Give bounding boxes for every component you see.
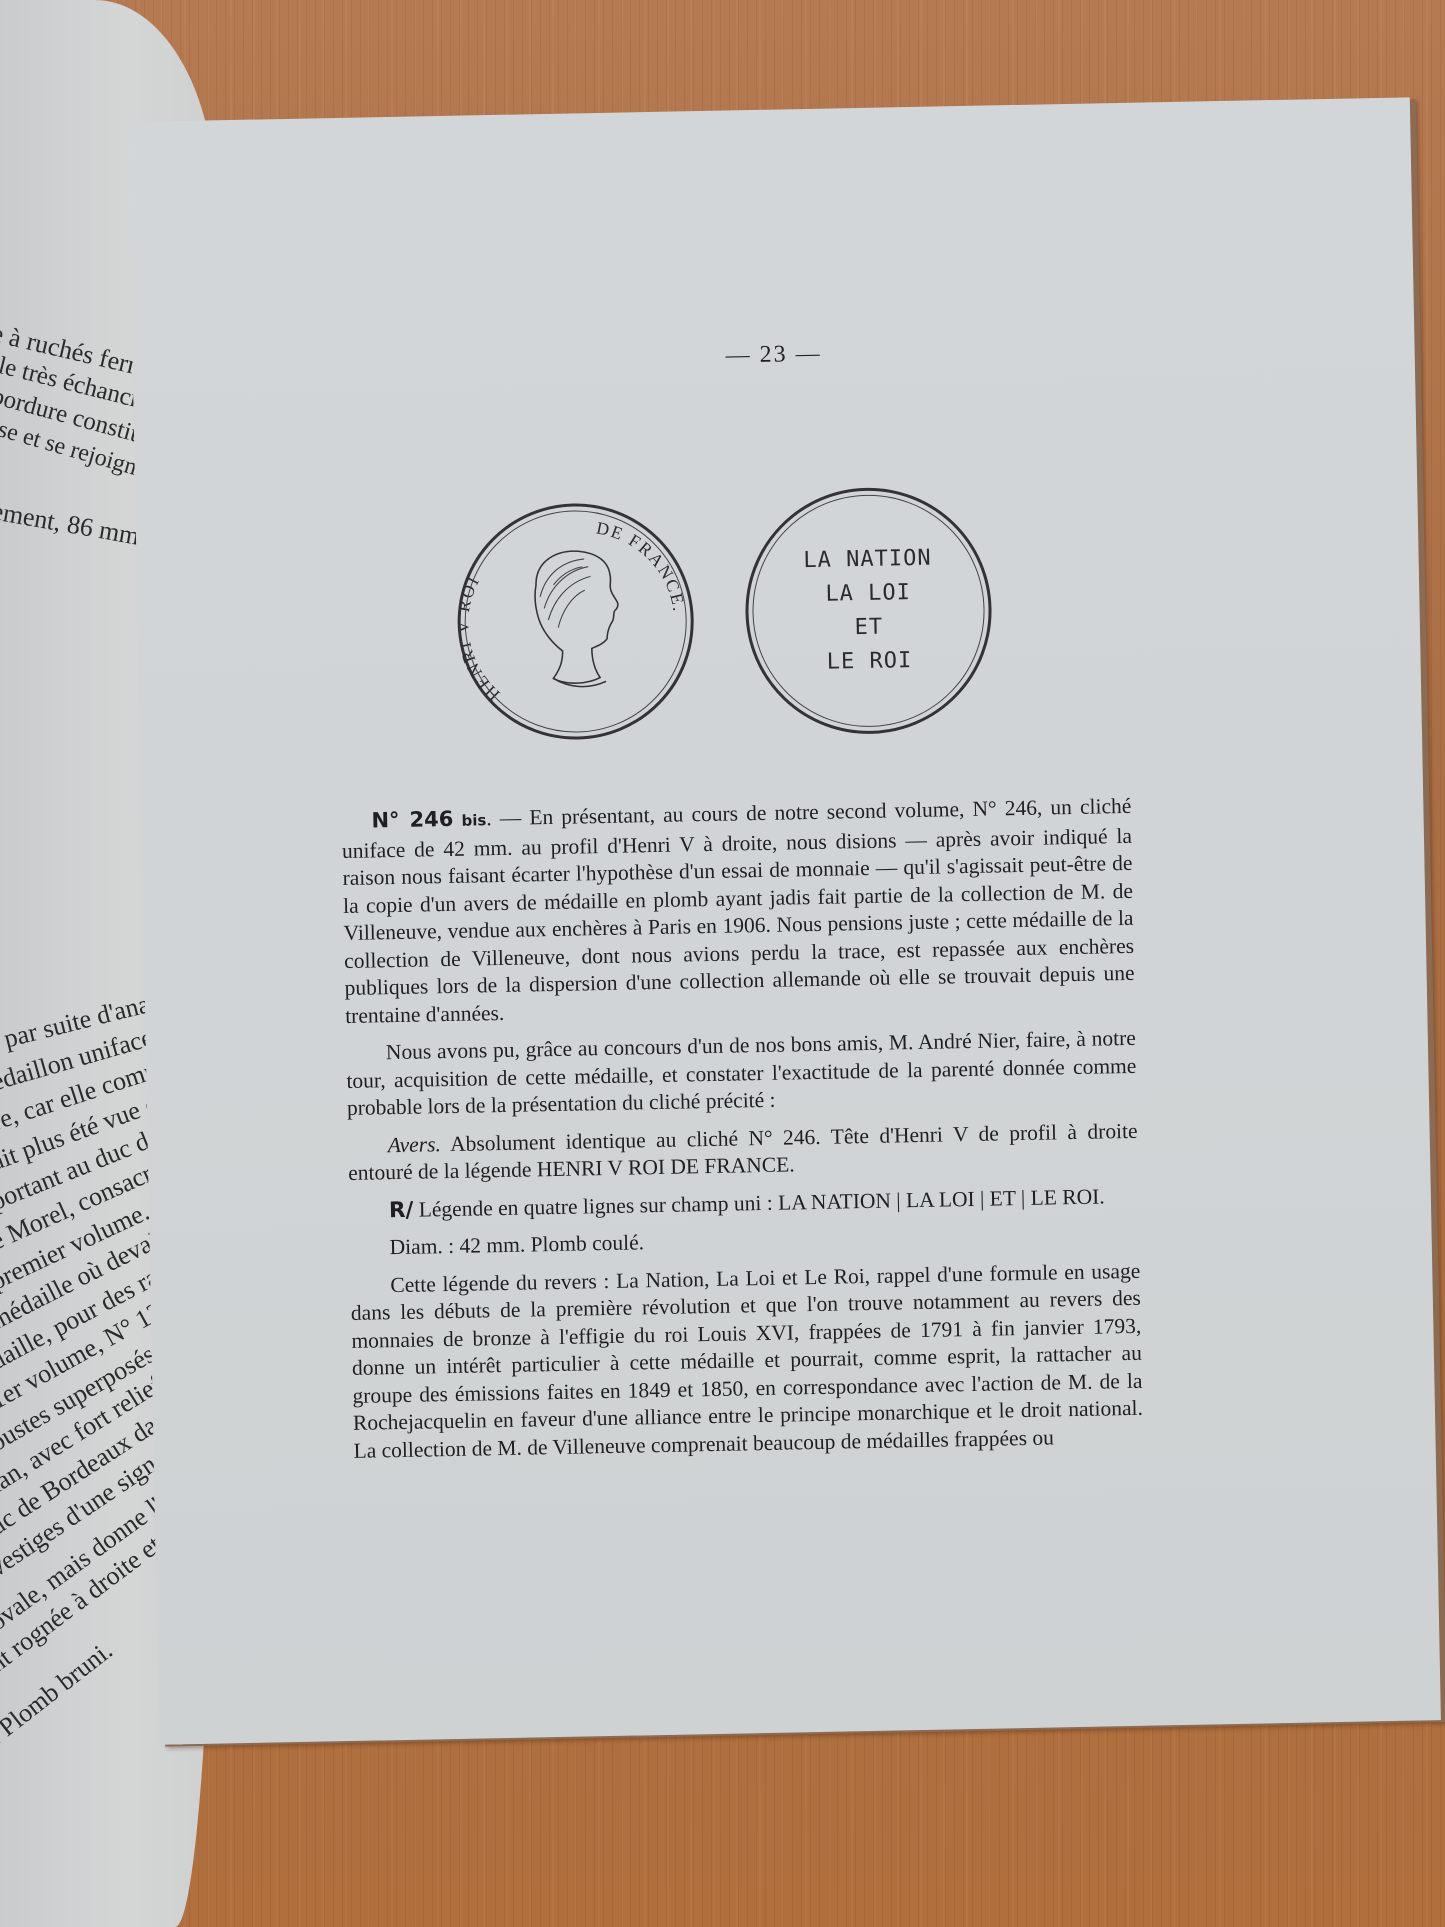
- reverse-legend-line: LA NATION: [803, 542, 932, 578]
- reverse-legend-line: LE ROI: [826, 644, 912, 680]
- left-page-line: ement, 86 mm.: [0, 496, 148, 553]
- avers-text: Absolument identique au cliché N° 246. T…: [348, 1118, 1138, 1185]
- entry-paragraph-legend-commentary: Cette légende du revers : La Nation, La …: [350, 1257, 1144, 1465]
- svg-text:DE FRANCE.: DE FRANCE.: [594, 516, 689, 616]
- entry-number: N° 246: [371, 807, 453, 833]
- revers-label: R/: [389, 1197, 414, 1222]
- reverse-legend: LA NATION LA LOI ET LE ROI: [746, 489, 991, 734]
- henri-v-profile-icon: HENRI V ROI DE FRANCE.: [458, 504, 692, 738]
- reverse-legend-line: LA LOI: [825, 576, 911, 612]
- avers-label: Avers.: [387, 1132, 441, 1157]
- entry-avers: Avers. Absolument identique au cliché N°…: [347, 1117, 1138, 1187]
- svg-text:HENRI V ROI: HENRI V ROI: [458, 571, 503, 706]
- page-number: — 23 —: [132, 329, 1414, 381]
- reverse-legend-line: ET: [854, 611, 883, 646]
- entry-bis-label: bis: [461, 811, 486, 829]
- entry-paragraph-intro: N° 246 bis. — En présentant, au cours de…: [341, 793, 1135, 1030]
- medal-obverse-henri-v: HENRI V ROI DE FRANCE.: [455, 501, 695, 741]
- entry-revers: R/ Légende en quatre lignes sur champ un…: [349, 1182, 1139, 1225]
- book-page: — 23 — HENRI V ROI DE FRANCE.: [128, 97, 1441, 1744]
- revers-text: Légende en quatre lignes sur champ uni :…: [413, 1184, 1105, 1221]
- entry-diameter: Diam. : 42 mm. Plomb coulé.: [349, 1220, 1139, 1263]
- entry-text: N° 246 bis. — En présentant, au cours de…: [341, 793, 1144, 1475]
- medal-reverse-la-nation: LA NATION LA LOI ET LE ROI: [743, 486, 994, 737]
- entry-paragraph-acquisition: Nous avons pu, grâce au concours d'un de…: [346, 1025, 1137, 1123]
- medal-illustrations: HENRI V ROI DE FRANCE. LA NATION LA LOI …: [455, 485, 1020, 736]
